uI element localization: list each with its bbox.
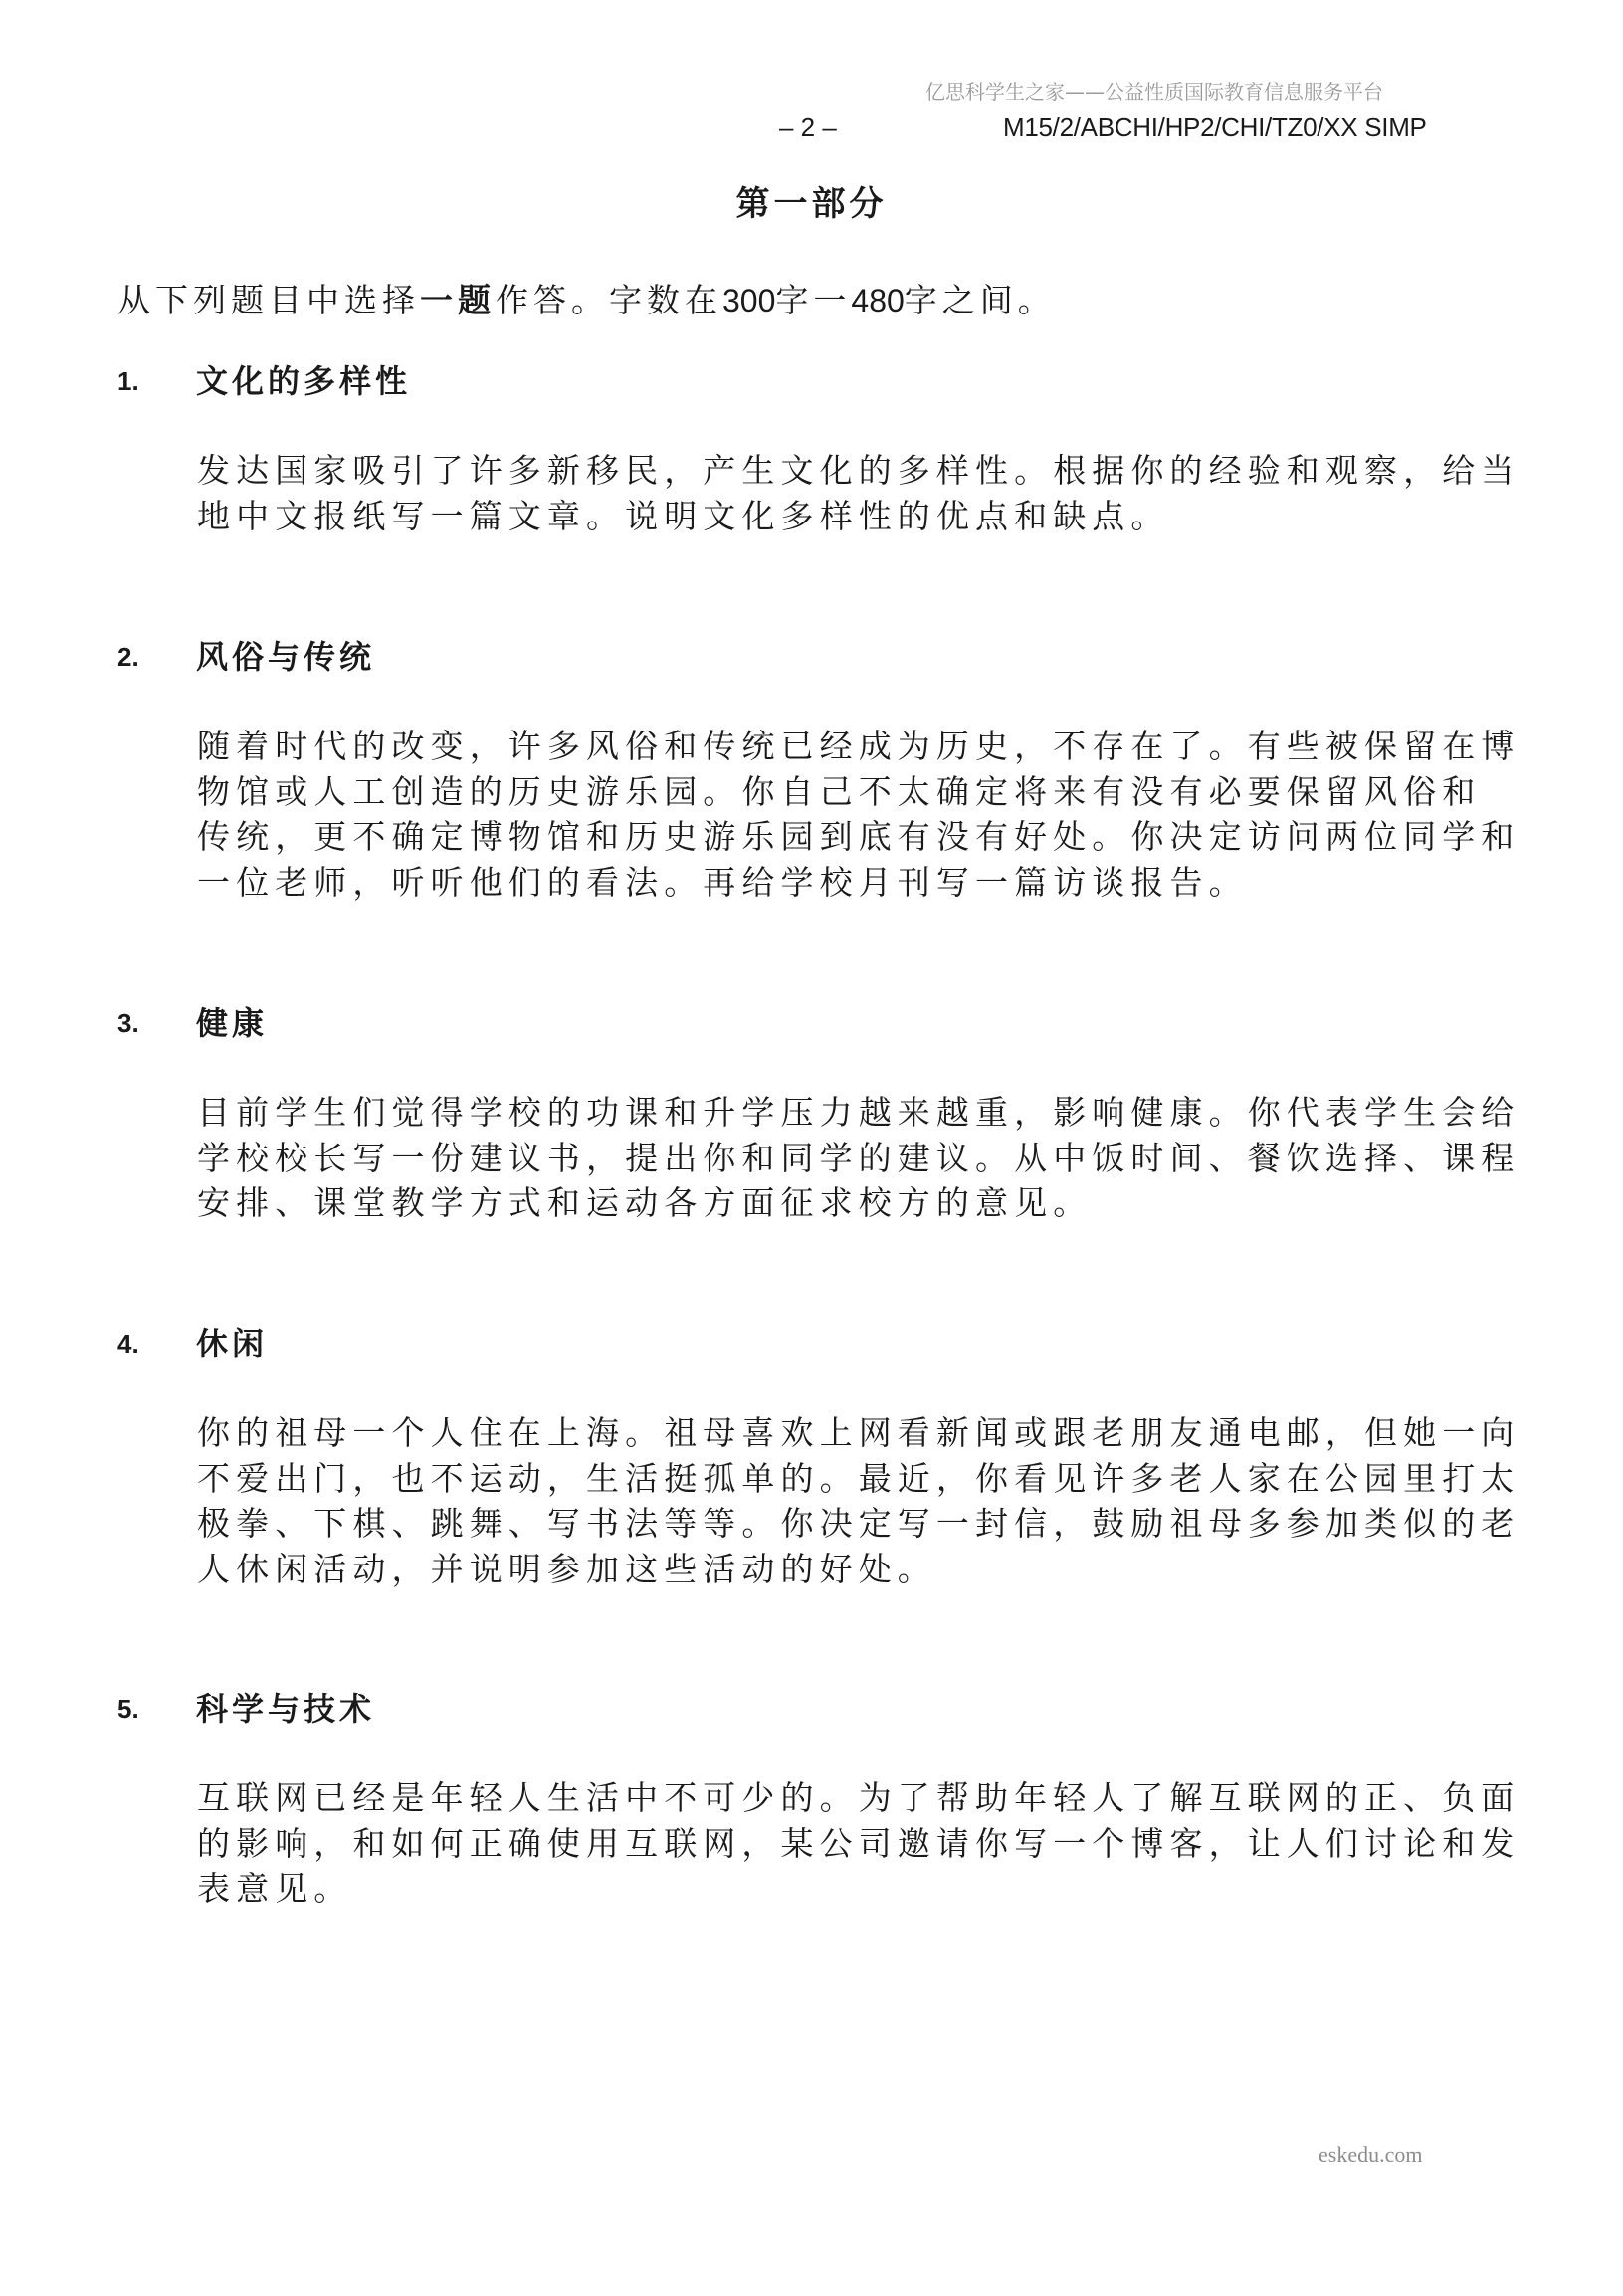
instruction-part3: 字一 bbox=[775, 281, 851, 319]
question-title: 文化的多样性 bbox=[196, 361, 411, 401]
prompt-line: 物馆或人工创造的历史游乐园。你自己不太确定将来有没有必要保留风俗和 bbox=[197, 769, 1511, 815]
instruction-part1: 从下列题目中选择 bbox=[117, 281, 420, 319]
instruction-part2: 作答。字数在 bbox=[496, 281, 722, 319]
question-number: 5. bbox=[117, 1689, 139, 1729]
question-prompt: 发达国家吸引了许多新移民，产生文化的多样性。根据你的经验和观察，给当 地中文报纸… bbox=[197, 448, 1511, 538]
prompt-line: 目前学生们觉得学校的功课和升学压力越来越重，影响健康。你代表学生会给 bbox=[197, 1090, 1511, 1136]
prompt-line: 你的祖母一个人住在上海。祖母喜欢上网看新闻或跟老朋友通电邮，但她一向 bbox=[197, 1410, 1511, 1456]
prompt-line: 传统，更不确定博物馆和历史游乐园到底有没有好处。你决定访问两位同学和 bbox=[197, 814, 1511, 860]
prompt-line: 人休闲活动，并说明参加这些活动的好处。 bbox=[197, 1547, 1511, 1592]
footer-watermark: eskedu.com bbox=[1319, 2140, 1422, 2170]
instruction-emphasis: 一题 bbox=[420, 281, 496, 319]
prompt-line: 学校校长写一份建议书，提出你和同学的建议。从中饭时间、餐饮选择、课程 bbox=[197, 1136, 1511, 1181]
prompt-line: 发达国家吸引了许多新移民，产生文化的多样性。根据你的经验和观察，给当 bbox=[197, 448, 1511, 494]
question-prompt: 目前学生们觉得学校的功课和升学压力越来越重，影响健康。你代表学生会给 学校校长写… bbox=[197, 1090, 1511, 1226]
question-title: 健康 bbox=[196, 1003, 268, 1043]
page-number: – 2 – bbox=[779, 109, 837, 145]
header-watermark: 亿思科学生之家——公益性质国际教育信息服务平台 bbox=[925, 74, 1383, 109]
instruction: 从下列题目中选择一题作答。字数在300字一480字之间。 bbox=[117, 280, 1056, 321]
prompt-line: 地中文报纸写一篇文章。说明文化多样性的优点和缺点。 bbox=[197, 494, 1511, 539]
prompt-line: 互联网已经是年轻人生活中不可少的。为了帮助年轻人了解互联网的正、负面 bbox=[197, 1775, 1511, 1821]
prompt-line: 一位老师，听听他们的看法。再给学校月刊写一篇访谈报告。 bbox=[197, 860, 1511, 906]
question-number: 4. bbox=[117, 1324, 139, 1363]
document-code: M15/2/ABCHI/HP2/CHI/TZ0/XX SIMP bbox=[1003, 109, 1427, 145]
instruction-max-words: 480 bbox=[851, 283, 904, 318]
instruction-min-words: 300 bbox=[722, 283, 775, 318]
prompt-line: 表意见。 bbox=[197, 1866, 1511, 1912]
question-prompt: 互联网已经是年轻人生活中不可少的。为了帮助年轻人了解互联网的正、负面 的影响，和… bbox=[197, 1775, 1511, 1912]
question-prompt: 随着时代的改变，许多风俗和传统已经成为历史，不存在了。有些被保留在博 物馆或人工… bbox=[197, 724, 1511, 905]
question-number: 3. bbox=[117, 1003, 139, 1043]
question-title: 风俗与传统 bbox=[196, 637, 375, 677]
instruction-part4: 字之间。 bbox=[905, 281, 1056, 319]
prompt-line: 随着时代的改变，许多风俗和传统已经成为历史，不存在了。有些被保留在博 bbox=[197, 724, 1511, 769]
question-number: 1. bbox=[117, 361, 139, 401]
question-title: 休闲 bbox=[196, 1324, 268, 1363]
section-title: 第一部分 bbox=[0, 183, 1623, 225]
prompt-line: 的影响，和如何正确使用互联网，某公司邀请你写一个博客，让人们讨论和发 bbox=[197, 1821, 1511, 1867]
question-prompt: 你的祖母一个人住在上海。祖母喜欢上网看新闻或跟老朋友通电邮，但她一向 不爱出门，… bbox=[197, 1410, 1511, 1591]
question-number: 2. bbox=[117, 637, 139, 677]
prompt-line: 极拳、下棋、跳舞、写书法等等。你决定写一封信，鼓励祖母多参加类似的老 bbox=[197, 1501, 1511, 1547]
question-title: 科学与技术 bbox=[196, 1689, 375, 1729]
prompt-line: 不爱出门，也不运动，生活挺孤单的。最近，你看见许多老人家在公园里打太 bbox=[197, 1456, 1511, 1502]
prompt-line: 安排、课堂教学方式和运动各方面征求校方的意见。 bbox=[197, 1180, 1511, 1226]
